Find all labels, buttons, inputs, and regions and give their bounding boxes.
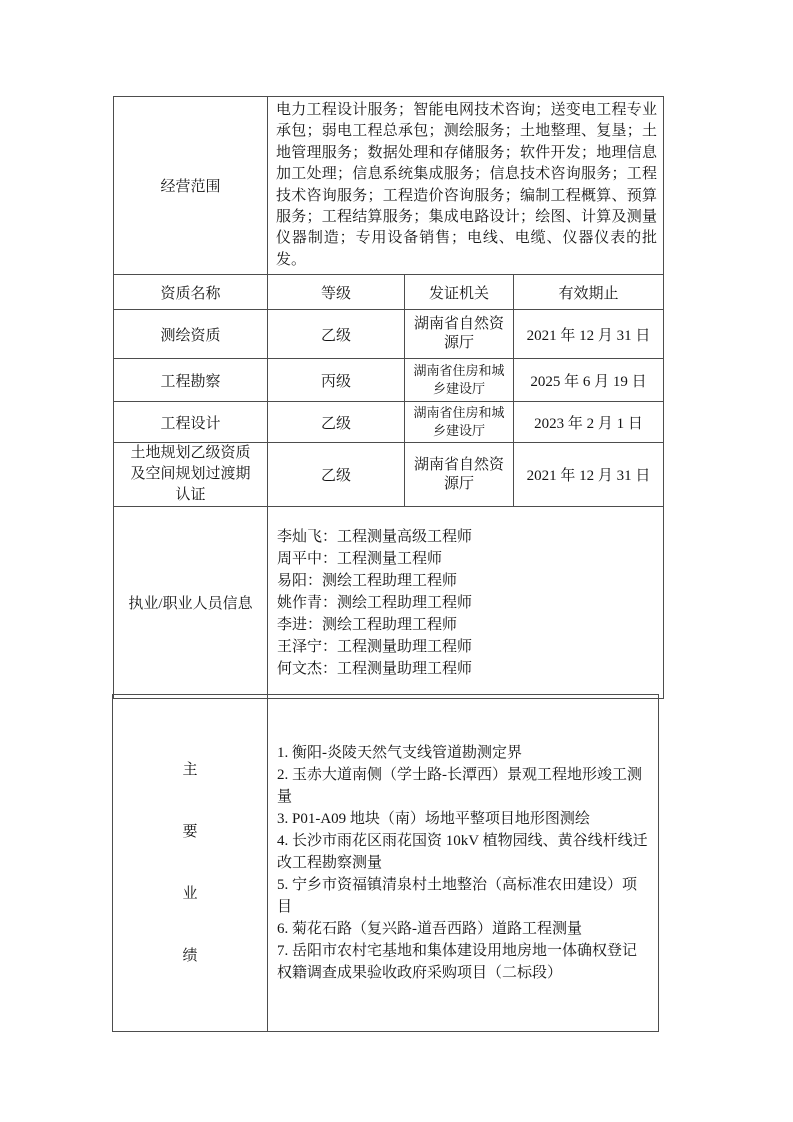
achievement-item: 3. P01-A09 地块（南）场地平整项目地形图测绘 (277, 808, 648, 830)
personnel-entry: 何文杰：工程测量助理工程师 (277, 658, 663, 680)
qualification-issuer-cell: 湖南省住房和城乡建设厅 (405, 359, 514, 402)
business-scope-row: 经营范围 电力工程设计服务；智能电网技术咨询；送变电工程专业承包；弱电工程总承包… (114, 97, 664, 275)
header-issuer: 发证机关 (405, 275, 514, 310)
personnel-label: 执业/职业人员信息 (114, 507, 268, 699)
qualification-expiry-cell: 2021 年 12 月 31 日 (514, 443, 664, 507)
qualification-level-cell: 乙级 (268, 310, 405, 359)
qualification-table: 经营范围 电力工程设计服务；智能电网技术咨询；送变电工程专业承包；弱电工程总承包… (113, 96, 664, 699)
achievements-label-char: 业 (182, 886, 197, 902)
qualification-issuer-cell: 湖南省自然资源厅 (405, 443, 514, 507)
achievement-item: 7. 岳阳市农村宅基地和集体建设用地房地一体确权登记权籍调查成果验收政府采购项目… (277, 940, 648, 984)
achievements-label-char: 要 (182, 824, 197, 840)
qualification-row: 工程设计 乙级 湖南省住房和城乡建设厅 2023 年 2 月 1 日 (114, 402, 664, 443)
personnel-entry: 李灿飞：工程测量高级工程师 (277, 526, 663, 548)
business-scope-text: 电力工程设计服务；智能电网技术咨询；送变电工程专业承包；弱电工程总承包；测绘服务… (268, 97, 664, 275)
qualification-expiry-cell: 2021 年 12 月 31 日 (514, 310, 664, 359)
qualification-level-cell: 丙级 (268, 359, 405, 402)
personnel-entry: 王泽宁：工程测量助理工程师 (277, 636, 663, 658)
header-qualification-name: 资质名称 (114, 275, 268, 310)
header-level: 等级 (268, 275, 405, 310)
qualification-level-cell: 乙级 (268, 402, 405, 443)
achievements-row: 主 要 业 绩 1. 衡阳-炎陵天然气支线管道勘测定界 2. 玉赤大道南侧（学士… (113, 695, 659, 1032)
achievement-item: 4. 长沙市雨花区雨花国资 10kV 植物园线、黄谷线杆线迁改工程勘察测量 (277, 830, 648, 874)
achievement-item: 1. 衡阳-炎陵天然气支线管道勘测定界 (277, 742, 648, 764)
qualification-name-cell: 工程设计 (114, 402, 268, 443)
achievements-table: 主 要 业 绩 1. 衡阳-炎陵天然气支线管道勘测定界 2. 玉赤大道南侧（学士… (112, 694, 659, 1032)
personnel-entry: 姚作青：测绘工程助理工程师 (277, 592, 663, 614)
qualification-expiry-cell: 2025 年 6 月 19 日 (514, 359, 664, 402)
achievement-item: 6. 菊花石路（复兴路-道吾西路）道路工程测量 (277, 918, 648, 940)
achievements-label-cell: 主 要 业 绩 (113, 695, 268, 1032)
qualification-level-cell: 乙级 (268, 443, 405, 507)
personnel-entry: 周平中：工程测量工程师 (277, 548, 663, 570)
qualification-issuer-cell: 湖南省自然资源厅 (405, 310, 514, 359)
achievement-item: 2. 玉赤大道南侧（学士路-长潭西）景观工程地形竣工测量 (277, 764, 648, 808)
qualification-header-row: 资质名称 等级 发证机关 有效期止 (114, 275, 664, 310)
personnel-list: 李灿飞：工程测量高级工程师 周平中：工程测量工程师 易阳：测绘工程助理工程师 姚… (268, 507, 664, 699)
qualification-expiry-cell: 2023 年 2 月 1 日 (514, 402, 664, 443)
document-page: { "business_scope": { "label": "经营范围", "… (0, 0, 793, 1122)
qualification-name-cell: 测绘资质 (114, 310, 268, 359)
qualification-row: 工程勘察 丙级 湖南省住房和城乡建设厅 2025 年 6 月 19 日 (114, 359, 664, 402)
qualification-issuer-cell: 湖南省住房和城乡建设厅 (405, 402, 514, 443)
achievements-list: 1. 衡阳-炎陵天然气支线管道勘测定界 2. 玉赤大道南侧（学士路-长潭西）景观… (268, 695, 659, 1032)
personnel-entry: 李进：测绘工程助理工程师 (277, 614, 663, 636)
personnel-entry: 易阳：测绘工程助理工程师 (277, 570, 663, 592)
personnel-row: 执业/职业人员信息 李灿飞：工程测量高级工程师 周平中：工程测量工程师 易阳：测… (114, 507, 664, 699)
qualification-name-cell: 土地规划乙级资质及空间规划过渡期认证 (114, 443, 268, 507)
header-expiry: 有效期止 (514, 275, 664, 310)
achievements-label: 主 要 业 绩 (113, 762, 267, 964)
achievements-label-char: 主 (182, 762, 197, 778)
qualification-row: 土地规划乙级资质及空间规划过渡期认证 乙级 湖南省自然资源厅 2021 年 12… (114, 443, 664, 507)
achievements-label-char: 绩 (182, 948, 197, 964)
qualification-name-cell: 工程勘察 (114, 359, 268, 402)
achievement-item: 5. 宁乡市资福镇清泉村土地整治（高标准农田建设）项目 (277, 874, 648, 918)
qualification-row: 测绘资质 乙级 湖南省自然资源厅 2021 年 12 月 31 日 (114, 310, 664, 359)
business-scope-label: 经营范围 (114, 97, 268, 275)
